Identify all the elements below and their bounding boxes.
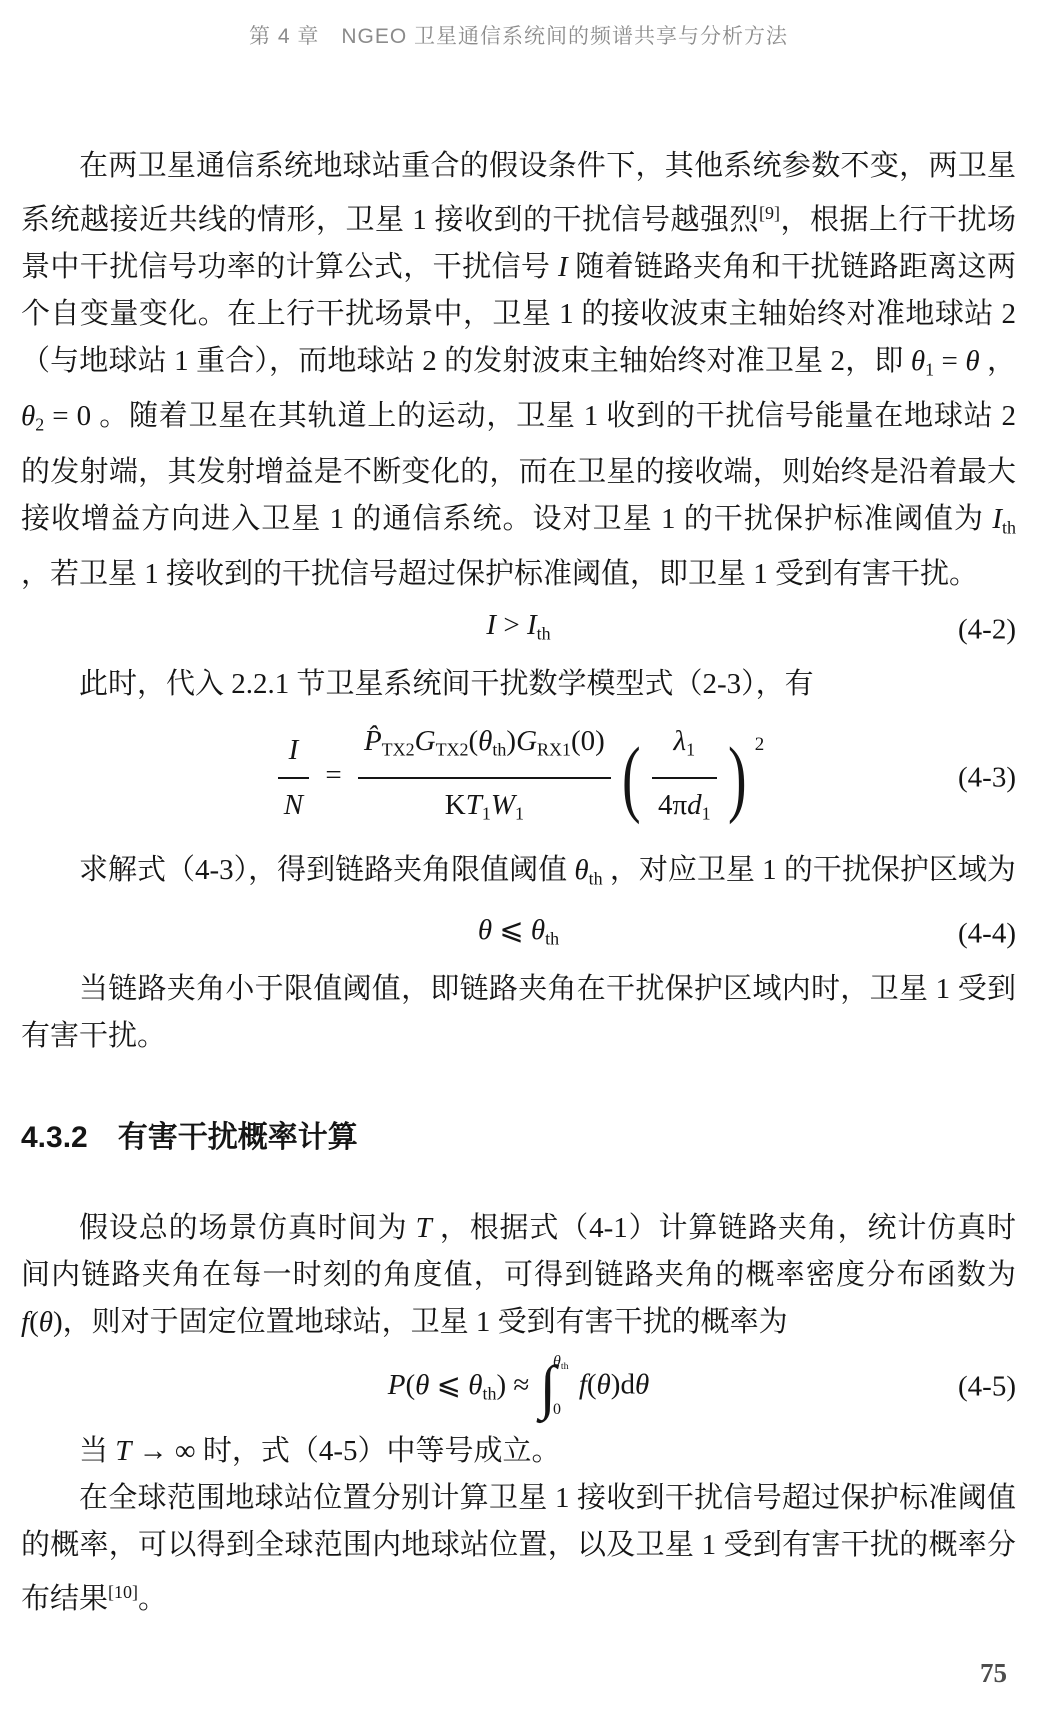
text-segment: ， [980,345,1016,377]
text-segment: G [516,725,537,757]
equation-4-5-body: P(θ ⩽ θth) ≈ ∫ θth 0 f(θ)dθ [388,1356,649,1418]
text-segment: f [21,1306,29,1338]
running-header: 第 4 章 NGEO 卫星通信系统间的频谱共享与分析方法 [0,0,1037,50]
text-segment: ，对应卫星 1 的干扰保护区域为 [603,854,1016,886]
text-segment: (0) [571,725,605,757]
text-segment: = 0 。随着卫星在其轨道上的运动，卫星 1 收到的干扰信号能量在地球站 2 的… [21,400,1016,534]
fraction-main: P̂TX2GTX2(θth)GRX1(0) KT1W1 [358,718,611,837]
text-segment: ( [406,1369,416,1401]
text-segment: ) [506,725,516,757]
text-segment: 假设总的场景仿真时间为 [79,1212,416,1244]
text-segment: d [687,789,702,821]
text-segment: θ [468,1369,482,1401]
text-segment: 1 [686,740,695,760]
section-title: 有害干扰概率计算 [118,1121,358,1154]
equation-4-3-number: (4-3) [958,754,1016,801]
equation-4-5-number: (4-5) [958,1364,1016,1411]
paragraph-equality-holds: 当 T → ∞ 时，式（4-5）中等号成立。 [21,1428,1016,1475]
text-segment: ，若卫星 1 接收到的干扰信号超过保护标准阈值，即卫星 1 受到有害干扰。 [21,558,978,590]
page-body: 在两卫星通信系统地球站重合的假设条件下，其他系统参数不变，两卫星系统越接近共线的… [0,143,1037,1623]
text-segment: ⩽ [429,1369,468,1401]
text-segment: 在全球范围地球站位置分别计算卫星 1 接收到干扰信号超过保护标准阈值的概率，可以… [21,1482,1016,1615]
text-segment: T [416,1212,432,1244]
text-segment: P̂ [364,725,382,757]
exponent: 2 [755,734,765,755]
close-paren: ) [728,739,747,816]
text-segment: θ [39,1306,53,1338]
equation-4-3-body: I N = P̂TX2GTX2(θth)GRX1(0) KT1W1 ( λ1 4… [273,718,764,837]
text-segment: θ [478,725,492,757]
equation-4-5: P(θ ⩽ θth) ≈ ∫ θth 0 f(θ)dθ (4-5) [21,1356,1016,1418]
fraction-i-over-n: I N [278,727,309,829]
paragraph-protection-region: 当链路夹角小于限值阈值，即链路夹角在干扰保护区域内时，卫星 1 受到有害干扰。 [21,966,1016,1060]
text-segment: RX1 [537,740,571,760]
text-segment: TX2 [382,740,415,760]
text-segment: th [537,623,551,643]
text-segment: 2 [35,415,44,435]
fraction-wavelength: λ1 4πd1 [652,718,717,837]
text-segment: ( [29,1306,39,1338]
text-segment: ( [587,1369,597,1401]
text-segment: 1 [925,359,934,379]
text-segment: I [992,503,1002,535]
text-segment: K [445,789,466,821]
text-segment: f [579,1369,587,1401]
text-segment: θ [965,345,979,377]
open-paren: ( [622,739,641,816]
integral-limits: θth 0 [553,1356,569,1418]
equation-4-5-left: P(θ ⩽ θth) ≈ [388,1369,537,1401]
paragraph-solve-threshold: 求解式（4-3），得到链路夹角限值阈值 θth ，对应卫星 1 的干扰保护区域为 [21,847,1016,902]
fraction-denominator: KT1W1 [358,779,611,837]
text-segment: > [496,609,527,641]
paragraph-global-distribution: 在全球范围地球站位置分别计算卫星 1 接收到干扰信号超过保护标准阈值的概率，可以… [21,1475,1016,1623]
text-segment: → ∞ 时，式（4-5）中等号成立。 [131,1435,560,1467]
text-segment: 。 [138,1583,167,1615]
text-segment: 1 [482,803,491,823]
section-number: 4.3.2 [21,1121,88,1154]
text-segment: 当链路夹角小于限值阈值，即链路夹角在干扰保护区域内时，卫星 1 受到有害干扰。 [21,973,1016,1052]
paragraph-intro-interference: 在两卫星通信系统地球站重合的假设条件下，其他系统参数不变，两卫星系统越接近共线的… [21,143,1016,598]
text-segment: ⩽ [492,914,531,946]
text-segment: λ [674,725,687,757]
paragraph-substitute-model: 此时，代入 2.2.1 节卫星系统间干扰数学模型式（2-3），有 [21,661,1016,708]
text-segment: 此时，代入 2.2.1 节卫星系统间干扰数学模型式（2-3），有 [79,668,814,700]
text-segment: th [561,1361,569,1372]
fraction-numerator: λ1 [652,718,717,778]
text-segment: I [558,251,568,283]
text-segment: th [589,869,603,889]
text-segment: ( [469,725,479,757]
text-segment: T [466,789,482,821]
integral-lower-limit: 0 [553,1402,569,1418]
text-segment: ) ≈ [496,1369,536,1401]
equation-4-5-right: f(θ)dθ [579,1369,649,1401]
text-segment: θ [574,854,588,886]
text-segment: 1 [702,803,711,823]
text-segment: )，则对于固定位置地球站，卫星 1 受到有害干扰的概率为 [53,1306,788,1338]
text-segment: θ [415,1369,429,1401]
text-segment: θ [21,400,35,432]
document-page: 第 4 章 NGEO 卫星通信系统间的频谱共享与分析方法 在两卫星通信系统地球站… [0,0,1037,1709]
integral: ∫ θth 0 [540,1356,569,1418]
text-segment: th [482,1383,496,1403]
text-segment: θ [478,914,492,946]
text-segment: [10] [108,1582,138,1602]
equation-4-2-number: (4-2) [958,606,1016,653]
equation-4-4: θ ⩽ θth (4-4) [21,907,1016,962]
equation-4-4-body: θ ⩽ θth [478,907,559,962]
integral-upper-limit: θth [553,1354,569,1372]
equation-4-2: I > Ith (4-2) [21,602,1016,657]
text-segment: th [545,928,559,948]
equals-sign: = [325,759,341,791]
equation-4-3: I N = P̂TX2GTX2(θth)GRX1(0) KT1W1 ( λ1 4… [21,718,1016,837]
text-segment: th [492,740,506,760]
text-segment: 4π [658,789,687,821]
text-segment: G [415,725,436,757]
fraction-denominator: N [278,779,309,829]
text-segment: P [388,1369,406,1401]
text-segment: θ [635,1369,649,1401]
text-segment: θ [531,914,545,946]
text-segment: θ [553,1353,561,1370]
fraction-numerator: I [278,727,309,779]
paragraph-simulation-time: 假设总的场景仿真时间为 T ，根据式（4-1）计算链路夹角，统计仿真时间内链路夹… [21,1205,1016,1346]
text-segment: 1 [515,803,524,823]
text-segment: θ [597,1369,611,1401]
text-segment: th [1002,517,1016,537]
text-segment: θ [911,345,925,377]
text-segment: W [491,789,515,821]
text-segment: TX2 [436,740,469,760]
page-number: 75 [980,1658,1007,1689]
text-segment: [9] [759,203,780,223]
equation-4-2-body: I > Ith [486,602,550,657]
text-segment: 当 [79,1435,115,1467]
text-segment: I [486,609,496,641]
text-segment: I [527,609,537,641]
text-segment: T [115,1435,131,1467]
text-segment: 求解式（4-3），得到链路夹角限值阈值 [79,854,574,886]
section-heading-4-3-2: 4.3.2有害干扰概率计算 [21,1114,1016,1161]
text-segment: )d [611,1369,635,1401]
fraction-numerator: P̂TX2GTX2(θth)GRX1(0) [358,718,611,778]
text-segment: = [934,345,965,377]
fraction-denominator: 4πd1 [652,779,717,837]
equation-4-4-number: (4-4) [958,911,1016,958]
